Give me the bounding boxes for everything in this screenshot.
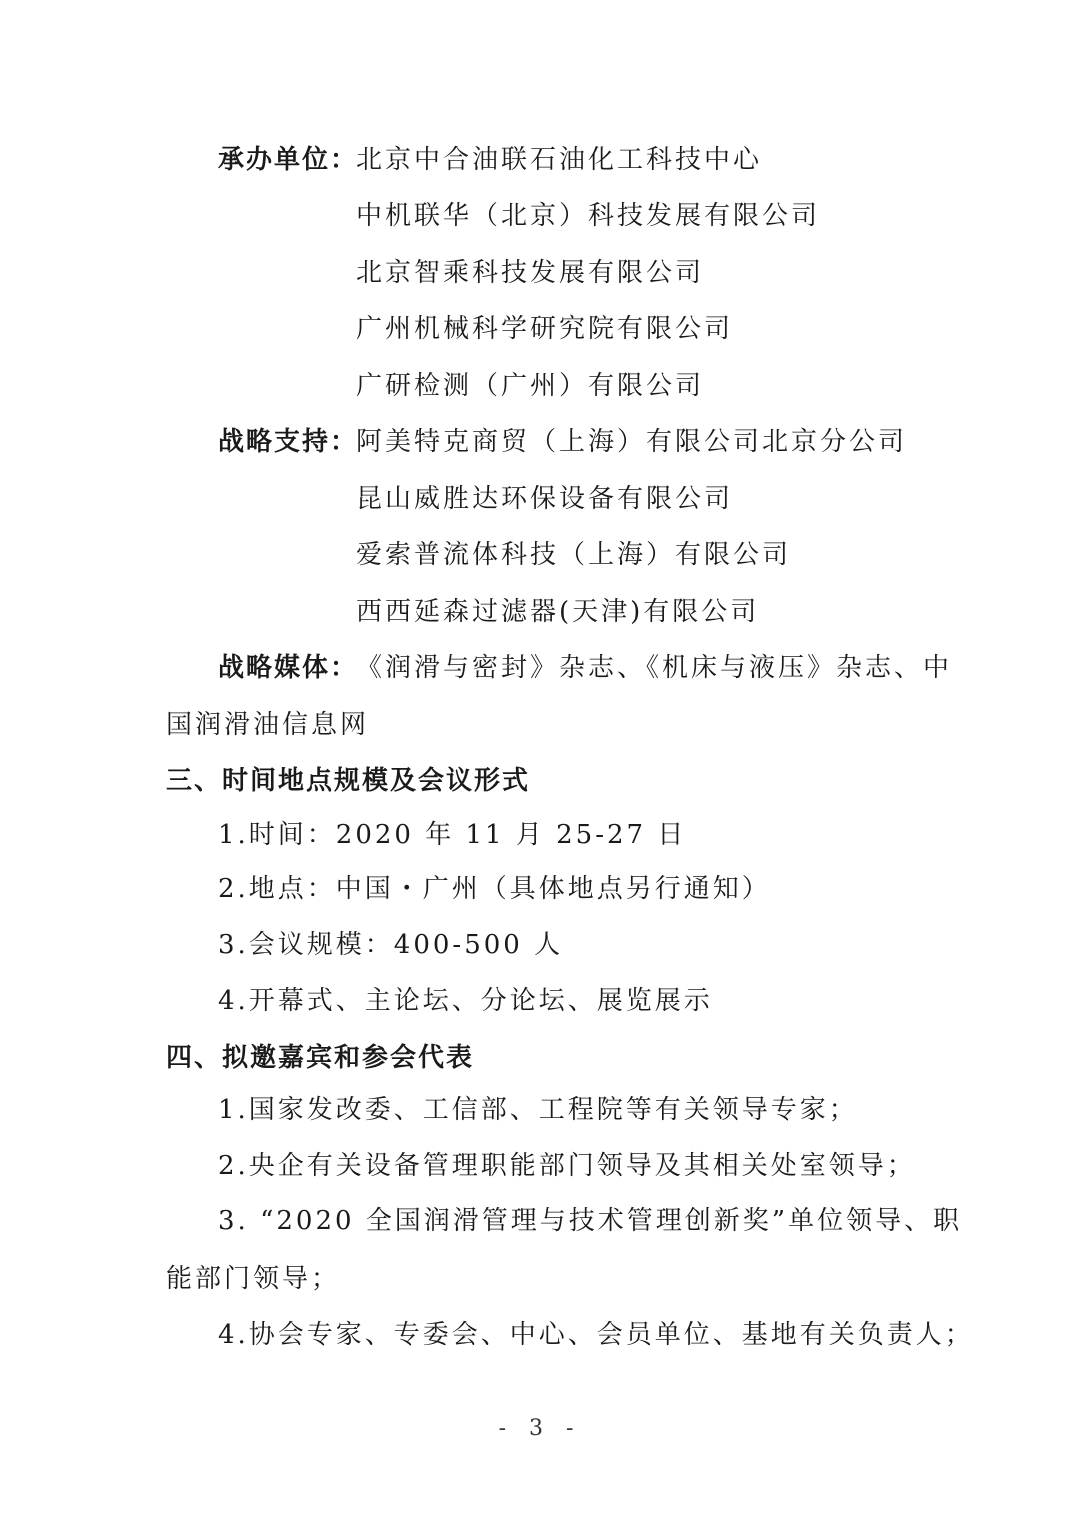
organizer-item: 广研检测（广州）有限公司: [356, 369, 704, 403]
support-item: 爱索普流体科技（上海）有限公司: [356, 538, 791, 572]
organizer-item: 中机联华（北京）科技发展有限公司: [356, 199, 820, 233]
section3-item: 4.开幕式、主论坛、分论坛、展览展示: [218, 984, 713, 1018]
page-number: - 3 -: [0, 1416, 1080, 1441]
strategic-support-label: 战略支持：: [218, 425, 358, 459]
strategic-media-label: 战略媒体：: [218, 651, 358, 685]
section3-item: 3.会议规模：400-500 人: [218, 928, 563, 962]
section4-item: 4.协会专家、专委会、中心、会员单位、基地有关负责人；: [218, 1318, 974, 1352]
support-item: 阿美特克商贸（上海）有限公司北京分公司: [356, 425, 907, 459]
section3-heading: 三、时间地点规模及会议形式: [166, 764, 530, 798]
section4-item: 3. “2020 全国润滑管理与技术管理创新奖”单位领导、职: [218, 1204, 962, 1238]
section4-item: 2.央企有关设备管理职能部门领导及其相关处室领导；: [218, 1149, 916, 1183]
section4-item-cont: 能部门领导；: [166, 1262, 340, 1296]
organizer-item: 广州机械科学研究院有限公司: [356, 312, 733, 346]
section4-item: 1.国家发改委、工信部、工程院等有关领导专家；: [218, 1093, 858, 1127]
support-item: 昆山威胜达环保设备有限公司: [356, 482, 733, 516]
support-item: 西西延森过滤器(天津)有限公司: [356, 595, 759, 629]
section3-item: 1.时间：2020 年 11 月 25-27 日: [218, 818, 686, 852]
strategic-media-text-cont: 国润滑油信息网: [166, 708, 369, 742]
organizer-item: 北京中合油联石油化工科技中心: [356, 143, 762, 177]
organizer-item: 北京智乘科技发展有限公司: [356, 256, 704, 290]
organizers-label: 承办单位：: [218, 143, 358, 177]
strategic-media-text: 《润滑与密封》杂志、《机床与液压》杂志、中: [356, 651, 952, 685]
section4-heading: 四、拟邀嘉宾和参会代表: [166, 1041, 474, 1075]
section3-item: 2.地点：中国・广州（具体地点另行通知）: [218, 872, 771, 906]
